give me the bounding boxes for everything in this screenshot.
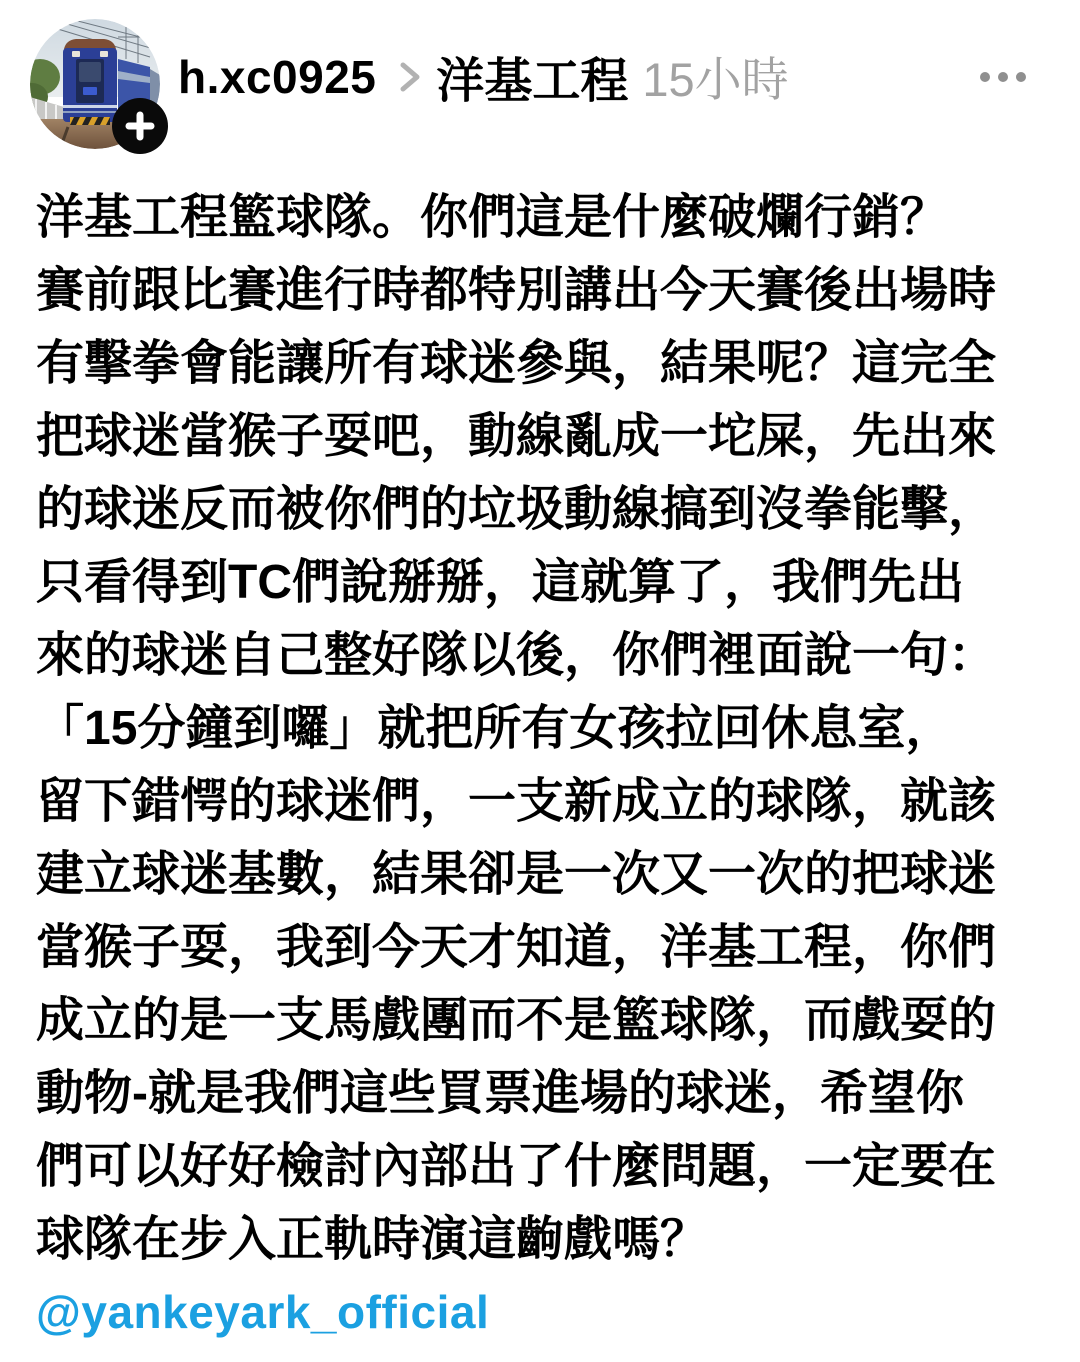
follow-plus-button[interactable]: [112, 98, 168, 154]
post-header-info: h.xc0925 洋基工程 15小時: [178, 42, 1030, 111]
post-header: h.xc0925 洋基工程 15小時: [0, 0, 1080, 150]
more-options-button[interactable]: [976, 58, 1030, 96]
thread-name-link[interactable]: 洋基工程: [436, 42, 628, 111]
chevron-right-icon: [398, 57, 422, 97]
plus-icon: [125, 111, 155, 141]
mention-link[interactable]: @yankeyark_official: [36, 1276, 1044, 1349]
post-body: 洋基工程籃球隊。你們這是什麼破爛行銷？ 賽前跟比賽進行時都特別講出今天賽後出場時…: [0, 181, 1080, 1349]
post-text: 洋基工程籃球隊。你們這是什麼破爛行銷？ 賽前跟比賽進行時都特別講出今天賽後出場時…: [36, 181, 1044, 1276]
avatar[interactable]: [30, 19, 160, 149]
timestamp: 15小時: [642, 43, 788, 110]
username-link[interactable]: h.xc0925: [178, 50, 376, 104]
thread-post: h.xc0925 洋基工程 15小時 洋基工程籃球隊。你們這是什麼破爛行銷？ 賽…: [0, 0, 1080, 1362]
more-icon: [980, 72, 1026, 82]
